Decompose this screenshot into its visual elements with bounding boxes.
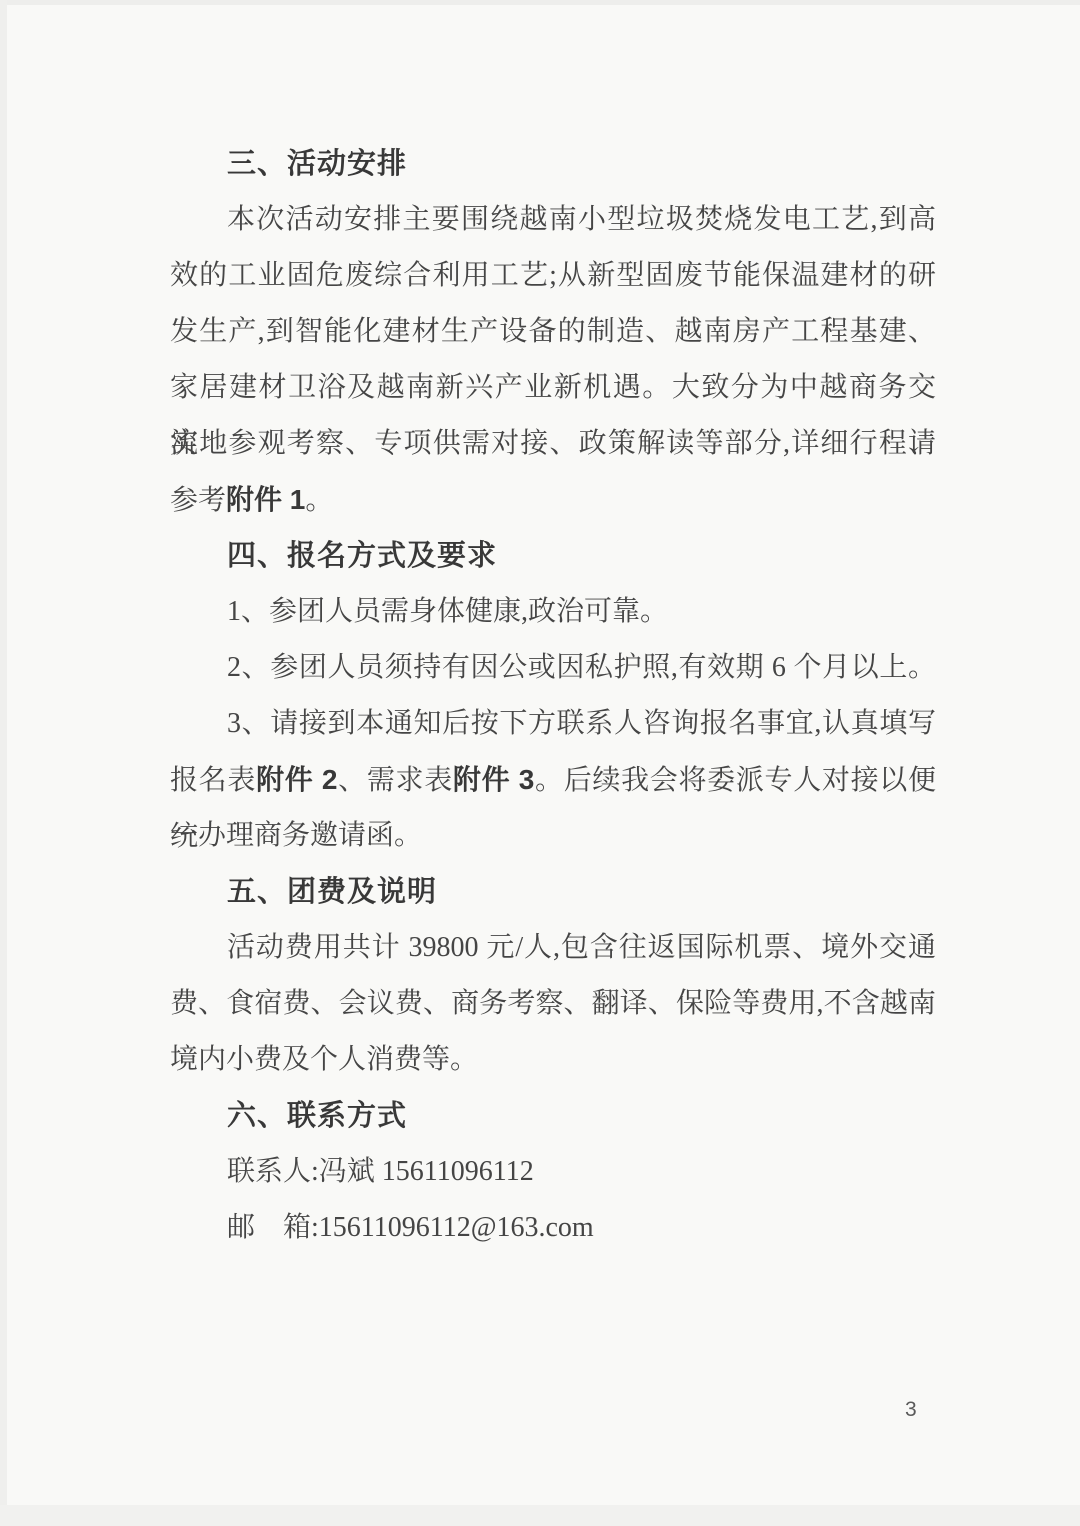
text-run: 。 bbox=[305, 485, 333, 516]
text-run: 境内小费及个人消费等。 bbox=[170, 1044, 478, 1075]
scan-edge-bottom bbox=[0, 1505, 1080, 1526]
text-line: 参考附件 1。 bbox=[170, 472, 936, 528]
bold-text: 三、活动安排 bbox=[227, 148, 407, 180]
text-line: 报名表附件 2、需求表附件 3。后续我会将委派专人对接以便统 bbox=[170, 752, 936, 808]
text-run: 联系人:冯斌 15611096112 bbox=[227, 1156, 534, 1187]
text-run: 、需求表 bbox=[337, 765, 452, 796]
text-line: 境内小费及个人消费等。 bbox=[170, 1032, 936, 1088]
page-number: 3 bbox=[905, 1396, 917, 1424]
text-line: 家居建材卫浴及越南新兴产业新机遇。大致分为中越商务交流、 bbox=[170, 360, 936, 416]
text-line: 发生产,到智能化建材生产设备的制造、越南房产工程基建、 bbox=[170, 304, 936, 360]
text-run: 发生产,到智能化建材生产设备的制造、越南房产工程基建、 bbox=[170, 316, 936, 347]
text-line: 联系人:冯斌 15611096112 bbox=[170, 1144, 936, 1200]
bold-text: 六、联系方式 bbox=[227, 1100, 407, 1132]
section-heading: 三、活动安排 bbox=[170, 136, 936, 192]
section-heading: 五、团费及说明 bbox=[170, 864, 936, 920]
text-run: 费、食宿费、会议费、商务考察、翻译、保险等费用,不含越南 bbox=[170, 988, 936, 1019]
text-run: 1、参团人员需身体健康,政治可靠。 bbox=[227, 596, 668, 627]
text-line: 费、食宿费、会议费、商务考察、翻译、保险等费用,不含越南 bbox=[170, 976, 936, 1032]
text-line: 3、请接到本通知后按下方联系人咨询报名事宜,认真填写 bbox=[170, 696, 936, 752]
text-line: 实地参观考察、专项供需对接、政策解读等部分,详细行程请 bbox=[170, 416, 936, 472]
bold-text: 五、团费及说明 bbox=[227, 876, 437, 908]
text-line: 一办理商务邀请函。 bbox=[170, 808, 936, 864]
text-run: 邮 箱:15611096112@163.com bbox=[227, 1212, 594, 1243]
bold-text: 附件 2 bbox=[256, 764, 337, 795]
document-page: 三、活动安排本次活动安排主要围绕越南小型垃圾焚烧发电工艺,到高效的工业固危废综合… bbox=[0, 0, 1080, 1526]
section-heading: 六、联系方式 bbox=[170, 1088, 936, 1144]
text-line: 1、参团人员需身体健康,政治可靠。 bbox=[170, 584, 936, 640]
text-line: 活动费用共计 39800 元/人,包含往返国际机票、境外交通 bbox=[170, 920, 936, 976]
text-line: 效的工业固危废综合利用工艺;从新型固废节能保温建材的研 bbox=[170, 248, 936, 304]
text-run: 一办理商务邀请函。 bbox=[170, 820, 422, 851]
text-run: 报名表 bbox=[170, 765, 256, 796]
document-body: 三、活动安排本次活动安排主要围绕越南小型垃圾焚烧发电工艺,到高效的工业固危废综合… bbox=[170, 136, 936, 1256]
bold-text: 四、报名方式及要求 bbox=[227, 540, 497, 572]
text-run: 活动费用共计 39800 元/人,包含往返国际机票、境外交通 bbox=[227, 932, 936, 963]
text-run: 效的工业固危废综合利用工艺;从新型固废节能保温建材的研 bbox=[170, 260, 936, 291]
text-line: 本次活动安排主要围绕越南小型垃圾焚烧发电工艺,到高 bbox=[170, 192, 936, 248]
bold-text: 附件 1 bbox=[226, 484, 305, 515]
section-heading: 四、报名方式及要求 bbox=[170, 528, 936, 584]
bold-text: 附件 3 bbox=[453, 764, 534, 795]
text-run: 实地参观考察、专项供需对接、政策解读等部分,详细行程请 bbox=[170, 428, 936, 459]
text-run: 参考 bbox=[170, 485, 226, 516]
text-line: 2、参团人员须持有因公或因私护照,有效期 6 个月以上。 bbox=[170, 640, 936, 696]
scan-edge-top bbox=[0, 0, 1080, 5]
scan-edge-left bbox=[0, 0, 7, 1526]
text-line: 邮 箱:15611096112@163.com bbox=[170, 1200, 936, 1256]
text-run: 3、请接到本通知后按下方联系人咨询报名事宜,认真填写 bbox=[227, 708, 936, 739]
text-run: 本次活动安排主要围绕越南小型垃圾焚烧发电工艺,到高 bbox=[227, 204, 936, 235]
text-run: 2、参团人员须持有因公或因私护照,有效期 6 个月以上。 bbox=[227, 652, 936, 683]
